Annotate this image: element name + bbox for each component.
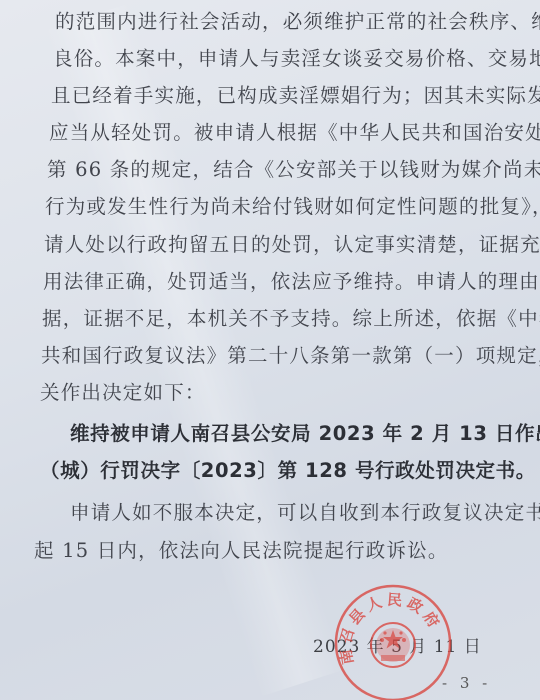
body-line: 关作出决定如下： [40, 377, 206, 405]
notice-line: 起 15 日内，依法向人民法院提起行政诉讼。 [34, 535, 449, 563]
body-line: 据，证据不足，本机关不予支持。综上所述，依据《中华人民 [42, 303, 540, 331]
document-page: 的范围内进行社会活动，必须维护正常的社会秩序、维护公序 良俗。本案中，申请人与卖… [0, 0, 540, 700]
body-line: 第 66 条的规定，结合《公安部关于以钱财为媒介尚未发生性 [47, 154, 540, 182]
body-line: 用法律正确，处罚适当，依法应予维持。申请人的理由于法无 [43, 266, 540, 294]
body-line: 应当从轻处罚。被申请人根据《中华人民共和国治安处罚法》 [49, 117, 540, 145]
body-line: 行为或发生性行为尚未给付钱财如何定性问题的批复》，对申 [45, 191, 540, 219]
body-line: 请人处以行政拘留五日的处罚，认定事实清楚，证据充足，适 [44, 229, 540, 257]
body-line: 的范围内进行社会活动，必须维护正常的社会秩序、维护公序 [55, 6, 540, 34]
decision-line: （城）行罚决字〔2023〕第 128 号行政处罚决定书。 [40, 455, 536, 483]
body-line: 且已经着手实施，已构成卖淫嫖娼行为；因其未实际发生关系， [51, 80, 540, 108]
body-line: 良俗。本案中，申请人与卖淫女谈妥交易价格、交易地点，并 [53, 43, 540, 71]
decision-line: 维持被申请人南召县公安局 2023 年 2 月 13 日作出的召公 [70, 418, 540, 446]
body-line: 共和国行政复议法》第二十八条第一款第（一）项规定，本机 [41, 340, 540, 368]
page-number: - 3 - [442, 674, 491, 692]
document-date: 2023 年 5 月 11 日 [313, 632, 482, 657]
notice-line: 申请人如不服本决定，可以自收到本行政复议决定书之日 [70, 497, 540, 525]
